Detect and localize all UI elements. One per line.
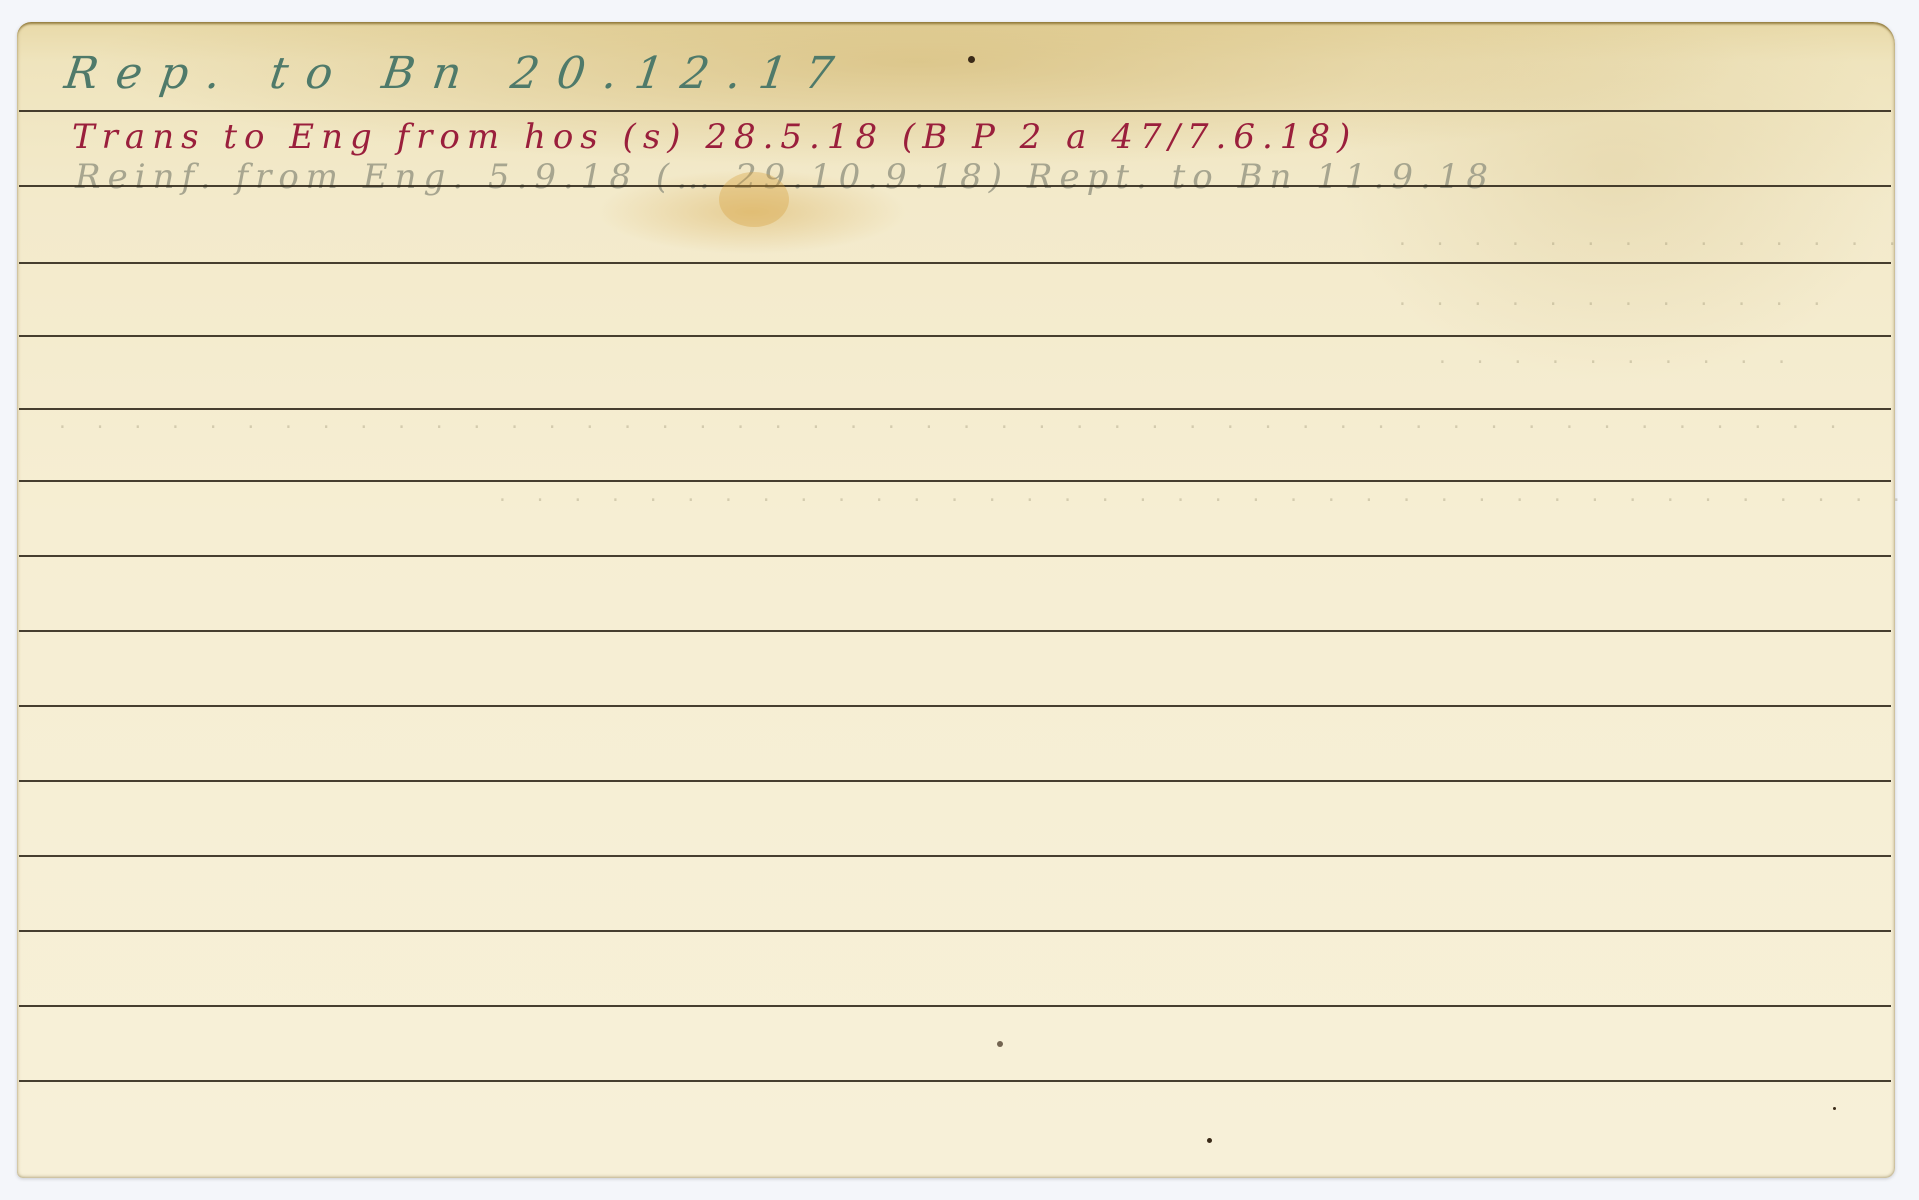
record-card: Rep. to Bn 20.12.17 Trans to Eng from ho… <box>17 22 1895 1178</box>
ruled-line <box>19 705 1891 707</box>
ruled-line <box>19 262 1891 264</box>
ruled-line <box>19 630 1891 632</box>
show-through-marks: · · · · · · · · · · · · · · · · · · · · … <box>57 417 1847 438</box>
ink-spot <box>1207 1138 1212 1143</box>
ruled-line <box>19 335 1891 337</box>
ruled-line <box>19 1080 1891 1082</box>
ruled-line <box>19 555 1891 557</box>
ruled-line <box>19 480 1891 482</box>
ruled-line <box>19 780 1891 782</box>
entry-line-2: Trans to Eng from hos (s) 28.5.18 (B P 2… <box>72 117 1357 157</box>
entry-line-1: Rep. to Bn 20.12.17 <box>61 48 854 99</box>
ruled-line <box>19 110 1891 112</box>
show-through-marks: · · · · · · · · · · · · <box>1397 294 1830 315</box>
ruled-line <box>19 185 1891 187</box>
punch-hole <box>968 56 975 63</box>
show-through-marks: · · · · · · · · · · · · · · · · · · · · … <box>497 490 1919 511</box>
ruled-line <box>19 855 1891 857</box>
ruled-line <box>19 930 1891 932</box>
show-through-marks: · · · · · · · · · · · · · · · <box>1397 234 1919 255</box>
show-through-marks: · · · · · · · · · · <box>1437 352 1795 373</box>
ink-spot <box>997 1041 1003 1047</box>
ruled-line <box>19 408 1891 410</box>
ink-spot <box>1833 1107 1836 1110</box>
ruled-line <box>19 1005 1891 1007</box>
stain <box>719 172 789 227</box>
